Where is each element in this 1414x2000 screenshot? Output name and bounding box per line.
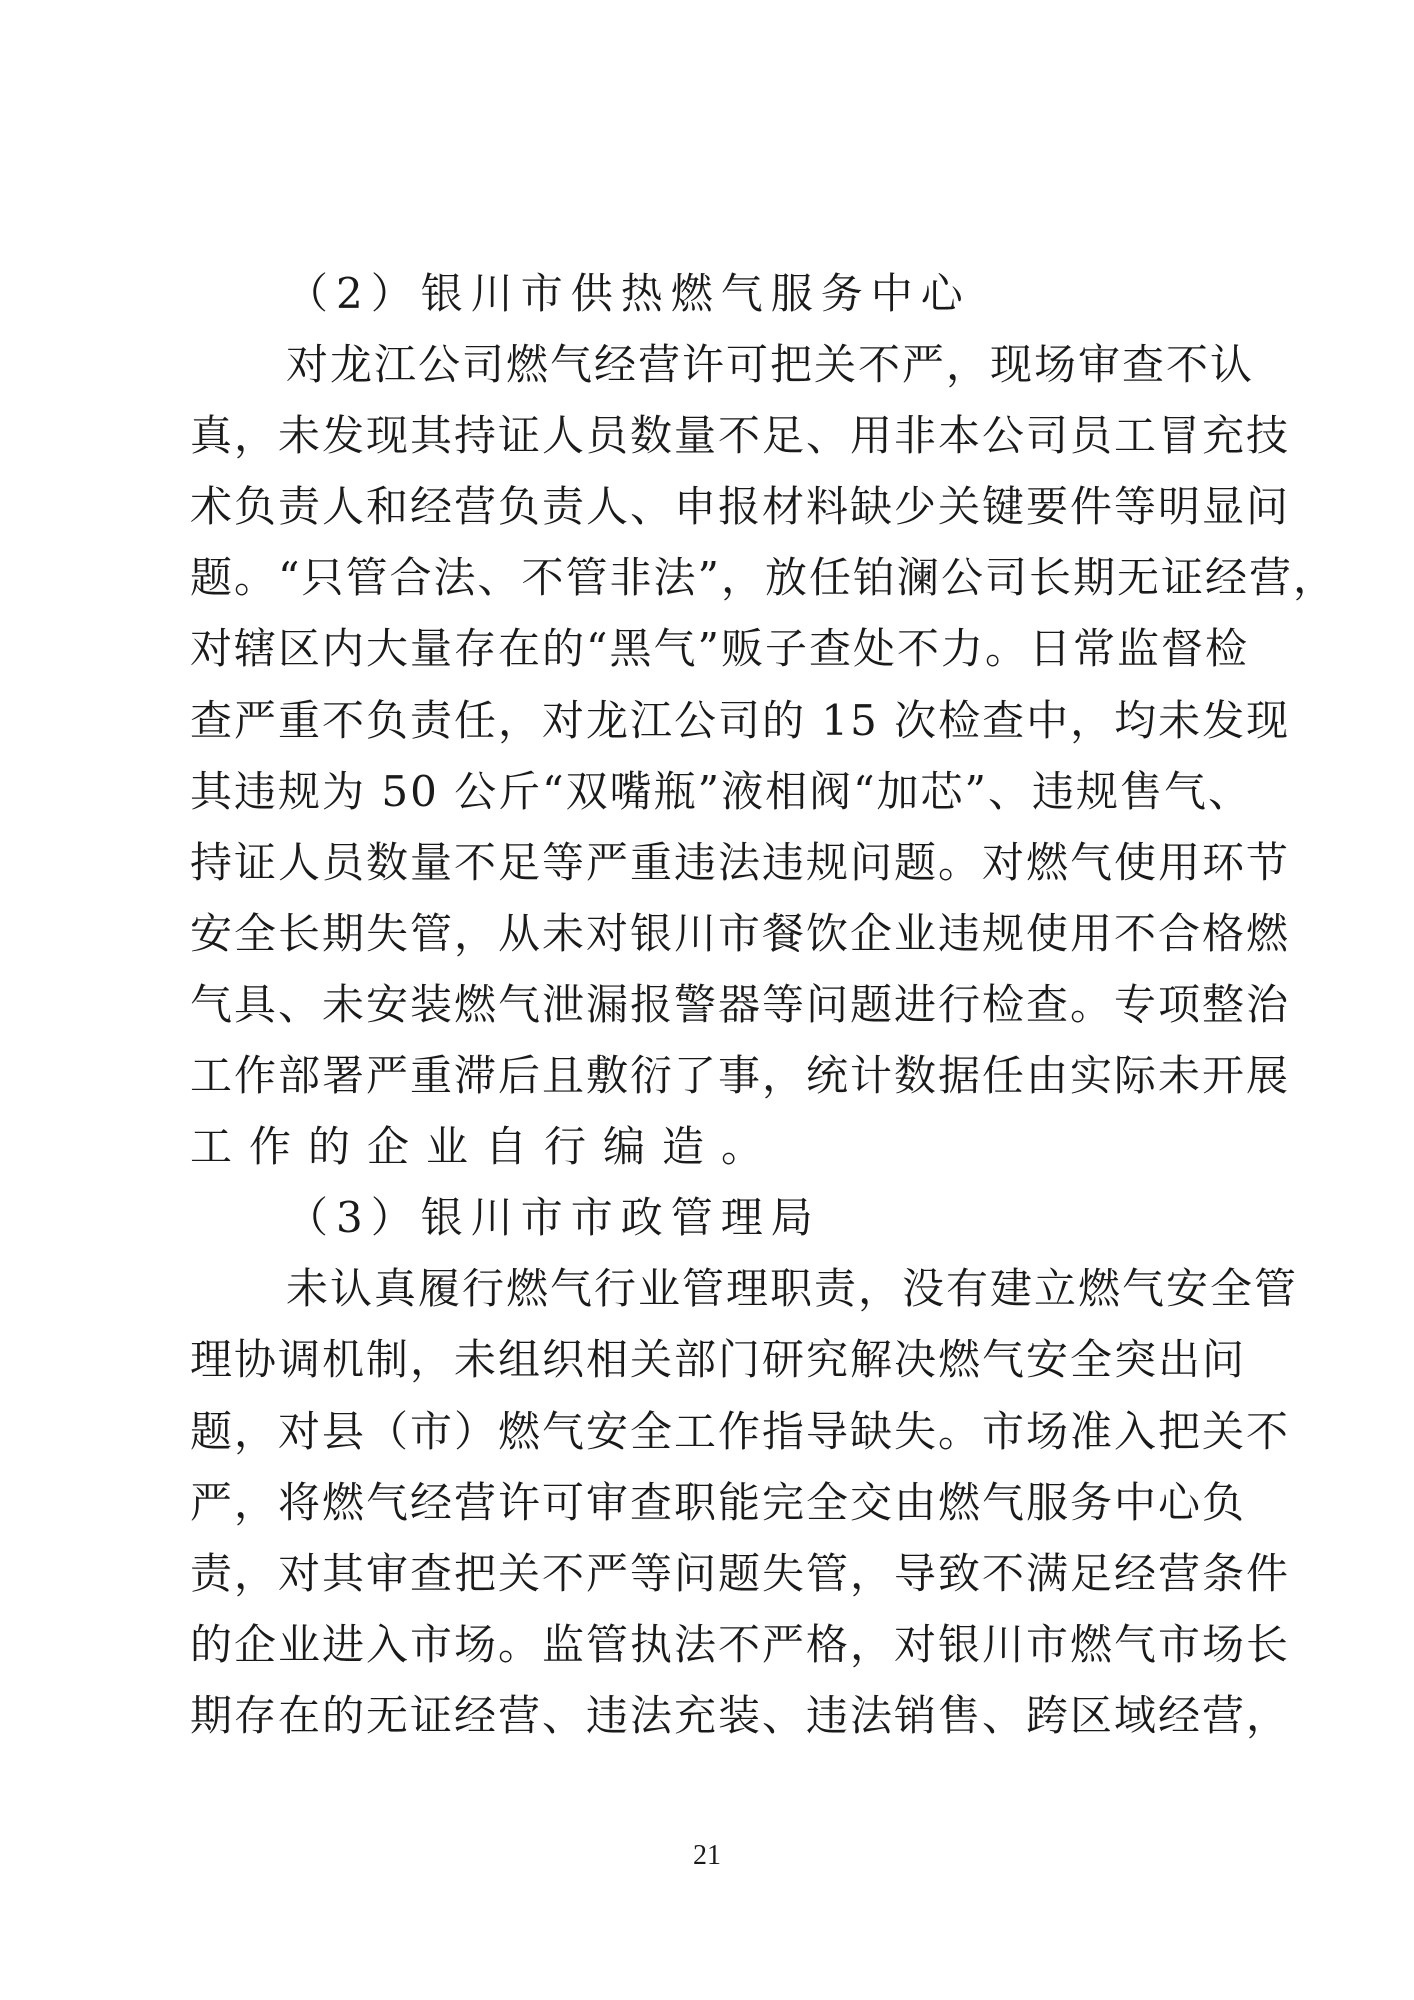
paragraph-line: 持证人员数量不足等严重违法违规问题。对燃气使用环节 — [190, 827, 1236, 898]
paragraph-line: 理协调机制，未组织相关部门研究解决燃气安全突出问 — [190, 1324, 1236, 1395]
section-heading-2: （2）银川市供热燃气服务中心 — [190, 258, 1236, 329]
paragraph-line: 期存在的无证经营、违法充装、违法销售、跨区域经营， — [190, 1680, 1236, 1751]
paragraph-line: 术负责人和经营负责人、申报材料缺少关键要件等明显问 — [190, 471, 1236, 542]
paragraph-line: 对辖区内大量存在的“黑气”贩子查处不力。日常监督检 — [190, 613, 1236, 684]
paragraph-line: 责，对其审查把关不严等问题失管，导致不满足经营条件 — [190, 1538, 1236, 1609]
paragraph-line: 工作部署严重滞后且敷衍了事，统计数据任由实际未开展 — [190, 1040, 1236, 1111]
page-number: 21 — [0, 1840, 1414, 1872]
paragraph-line: 对龙江公司燃气经营许可把关不严，现场审查不认 — [190, 329, 1236, 400]
document-page: （2）银川市供热燃气服务中心 对龙江公司燃气经营许可把关不严，现场审查不认 真，… — [0, 0, 1414, 2000]
paragraph-line: 安全长期失管，从未对银川市餐饮企业违规使用不合格燃 — [190, 898, 1236, 969]
section-heading-3: （3）银川市市政管理局 — [190, 1182, 1236, 1253]
paragraph-line: 严，将燃气经营许可审查职能完全交由燃气服务中心负 — [190, 1467, 1236, 1538]
paragraph-line: 未认真履行燃气行业管理职责，没有建立燃气安全管 — [190, 1253, 1236, 1324]
paragraph-line: 真，未发现其持证人员数量不足、用非本公司员工冒充技 — [190, 400, 1236, 471]
paragraph-line: 其违规为 50 公斤“双嘴瓶”液相阀“加芯”、违规售气、 — [190, 756, 1236, 827]
paragraph-line: 题。“只管合法、不管非法”，放任铂澜公司长期无证经营， — [190, 542, 1236, 613]
paragraph-line: 的企业进入市场。监管执法不严格，对银川市燃气市场长 — [190, 1609, 1236, 1680]
paragraph-line: 题，对县（市）燃气安全工作指导缺失。市场准入把关不 — [190, 1396, 1236, 1467]
body-text: （2）银川市供热燃气服务中心 对龙江公司燃气经营许可把关不严，现场审查不认 真，… — [190, 258, 1236, 1751]
paragraph-line: 气具、未安装燃气泄漏报警器等问题进行检查。专项整治 — [190, 969, 1236, 1040]
paragraph-line: 查严重不负责任，对龙江公司的 15 次检查中，均未发现 — [190, 685, 1236, 756]
paragraph-line: 工作的企业自行编造。 — [190, 1111, 1236, 1182]
